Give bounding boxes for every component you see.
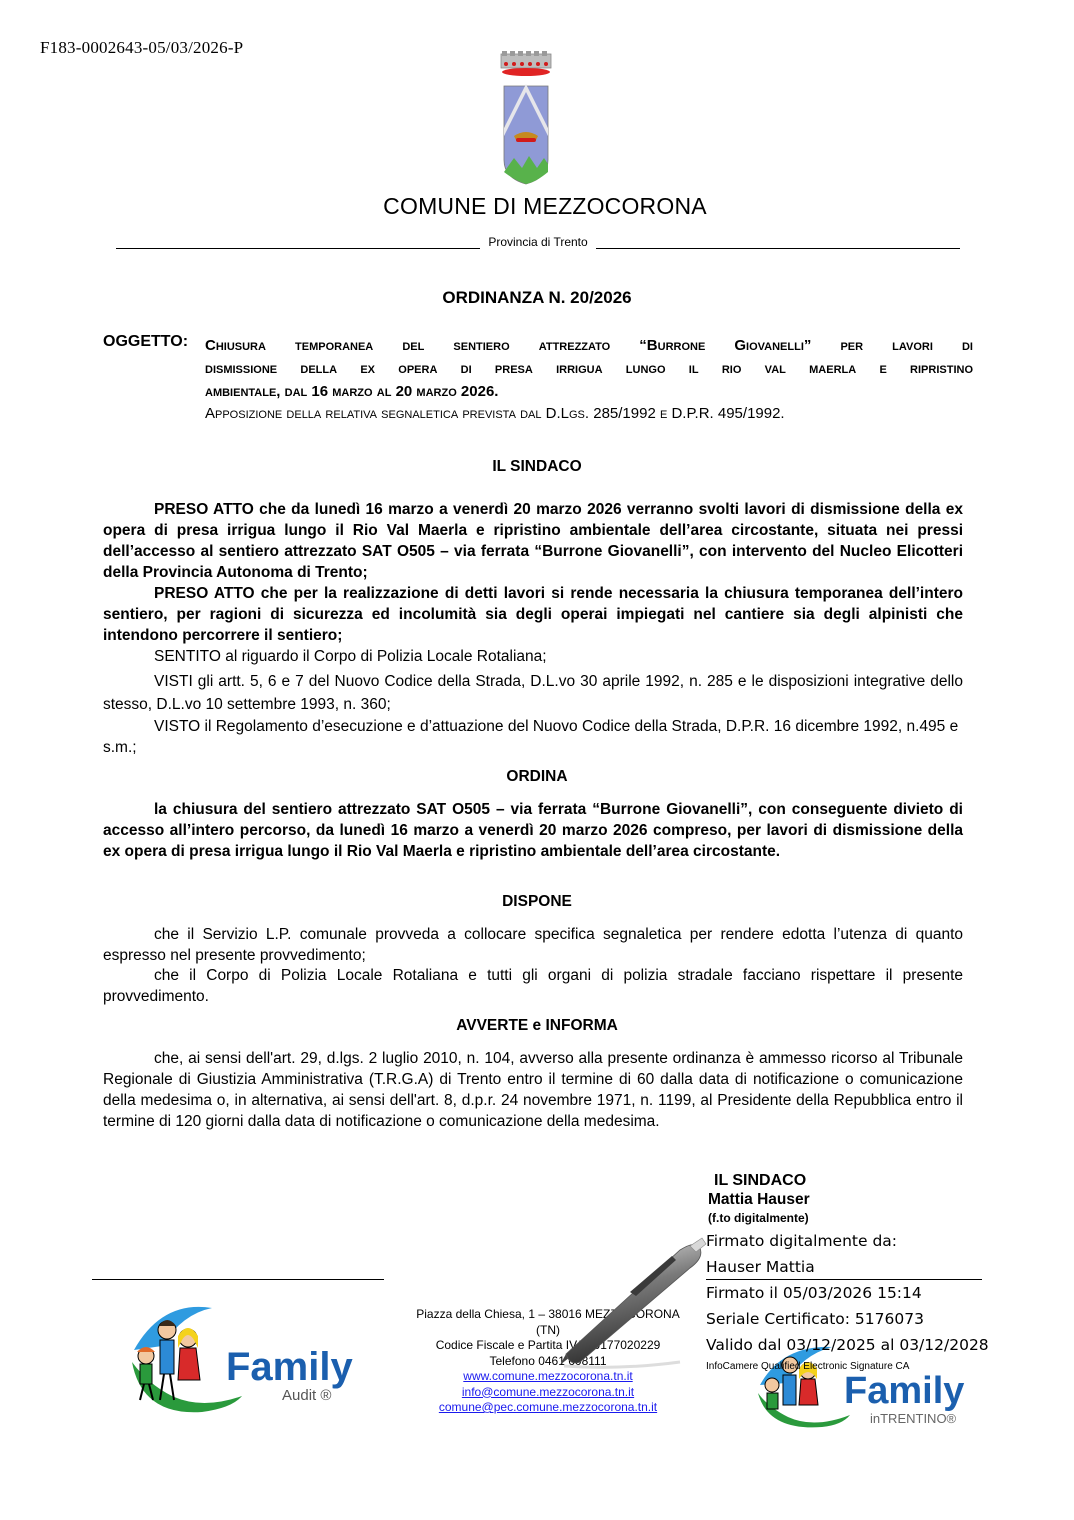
signature-block: IL SINDACO Mattia Hauser (f.to digitalme… xyxy=(708,1172,810,1225)
section-heading-ordina: ORDINA xyxy=(0,768,1074,786)
ordinance-title: ORDINANZA N. 20/2026 xyxy=(0,288,1074,308)
subject-line: dismissione della ex opera di presa irri… xyxy=(205,357,973,380)
section-heading-avverte: AVVERTE e INFORMA xyxy=(0,1017,1074,1035)
email-link[interactable]: info@comune.mezzocorona.tn.it xyxy=(462,1385,634,1399)
signature-note: (f.to digitalmente) xyxy=(708,1211,810,1225)
signer-name: Hauser Mattia xyxy=(706,1254,989,1280)
section-heading-il-sindaco: IL SINDACO xyxy=(0,458,1074,476)
premise-preso-atto-2: PRESO ATTO che per la realizzazione di d… xyxy=(103,583,963,646)
paragraph: che, ai sensi dell'art. 29, d.lgs. 2 lug… xyxy=(103,1048,963,1132)
subject-label: OGGETTO: xyxy=(103,333,188,351)
paragraph: VISTI gli artt. 5, 6 e 7 del Nuovo Codic… xyxy=(103,670,963,716)
subject-line: Chiusura temporanea del sentiero attrezz… xyxy=(205,334,973,357)
divider xyxy=(596,235,960,249)
dispone-item-1: che il Servizio L.P. comunale provveda a… xyxy=(103,924,963,966)
certificate-validity: Valido dal 03/12/2025 al 03/12/2028 xyxy=(706,1332,989,1358)
svg-text:Family: Family xyxy=(226,1345,353,1389)
signature-role: IL SINDACO xyxy=(714,1172,810,1190)
ordina-text: la chiusura del sentiero attrezzato SAT … xyxy=(103,799,963,862)
premise-visto: VISTO il Regolamento d’esecuzione e d’at… xyxy=(103,716,963,758)
certificate-serial: Seriale Certificato: 5176073 xyxy=(706,1306,989,1332)
dispone-item-2: che il Corpo di Polizia Locale Rotaliana… xyxy=(103,965,963,1007)
footer-divider xyxy=(92,1279,384,1280)
protocol-number: F183-0002643-05/03/2026-P xyxy=(40,38,243,58)
paragraph: la chiusura del sentiero attrezzato SAT … xyxy=(103,799,963,862)
svg-text:Audit ®: Audit ® xyxy=(282,1387,331,1404)
premise-visti: VISTI gli artt. 5, 6 e 7 del Nuovo Codic… xyxy=(103,670,963,716)
svg-text:inTRENTINO®: inTRENTINO® xyxy=(870,1411,957,1426)
svg-text:Family: Family xyxy=(844,1370,964,1412)
digital-signature-stamp: Firmato digitalmente da: Hauser Mattia F… xyxy=(706,1228,989,1374)
paragraph: che il Servizio L.P. comunale provveda a… xyxy=(103,924,963,966)
province-line: Provincia di Trento xyxy=(116,235,960,249)
signature-pen-icon xyxy=(540,1232,710,1372)
signed-by-label: Firmato digitalmente da: xyxy=(706,1228,989,1254)
paragraph: VISTO il Regolamento d’esecuzione e d’at… xyxy=(103,716,963,758)
family-audit-logo: Family Audit ® xyxy=(122,1300,362,1420)
province-name: Provincia di Trento xyxy=(480,235,595,249)
certificate-authority: InfoCamere Qualified Electronic Signatur… xyxy=(706,1360,989,1374)
subject-line: ambientale, dal 16 marzo al 20 marzo 202… xyxy=(205,380,973,403)
paragraph: PRESO ATTO che per la realizzazione di d… xyxy=(103,583,963,646)
municipality-name: COMUNE DI MEZZOCORONA xyxy=(0,193,1074,220)
premise-sentito: SENTITO al riguardo il Corpo di Polizia … xyxy=(103,646,963,667)
paragraph: SENTITO al riguardo il Corpo di Polizia … xyxy=(103,646,963,667)
signed-on: Firmato il 05/03/2026 15:14 xyxy=(706,1280,989,1306)
coat-of-arms-icon xyxy=(496,50,556,190)
signature-name: Mattia Hauser xyxy=(708,1191,810,1209)
paragraph: che il Corpo di Polizia Locale Rotaliana… xyxy=(103,965,963,1007)
avverte-text: che, ai sensi dell'art. 29, d.lgs. 2 lug… xyxy=(103,1048,963,1132)
subject-text: Chiusura temporanea del sentiero attrezz… xyxy=(205,334,973,403)
divider xyxy=(116,235,480,249)
paragraph: PRESO ATTO che da lunedì 16 marzo a vene… xyxy=(103,499,963,583)
subject-subline: Apposizione della relativa segnaletica p… xyxy=(205,405,785,422)
premise-preso-atto-1: PRESO ATTO che da lunedì 16 marzo a vene… xyxy=(103,499,963,583)
section-heading-dispone: DISPONE xyxy=(0,893,1074,911)
pec-link[interactable]: comune@pec.comune.mezzocorona.tn.it xyxy=(439,1400,657,1414)
